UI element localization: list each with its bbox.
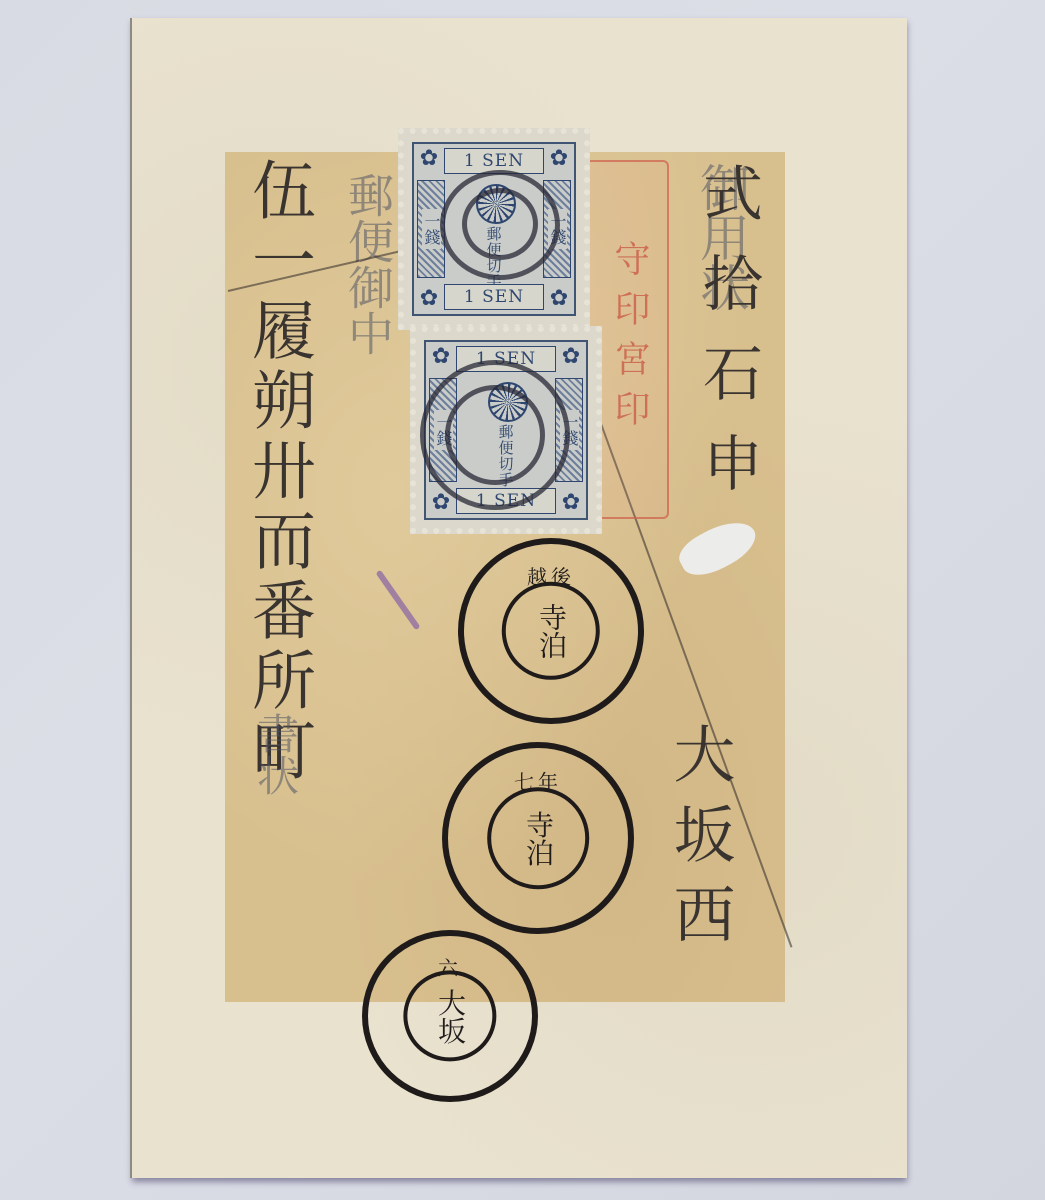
- calligraphy-far-right: 大坂西: [655, 722, 744, 1002]
- postmark: 越後 寺泊: [458, 538, 644, 724]
- postmark-center: 寺泊: [487, 787, 589, 889]
- stamp-value-bottom: 1 SEN: [444, 284, 544, 310]
- flower-icon: ✿: [416, 146, 442, 172]
- postmark: 七年 寺泊: [442, 742, 634, 934]
- concentric-cancel: [462, 188, 538, 260]
- flower-icon: ✿: [546, 286, 572, 312]
- flower-icon: ✿: [428, 344, 454, 370]
- calligraphy-right-column: 式拾石申: [685, 162, 771, 662]
- postmark-center: 寺泊: [502, 582, 600, 680]
- flower-icon: ✿: [558, 490, 584, 516]
- postmark: 六 大坂: [362, 930, 538, 1102]
- flower-icon: ✿: [546, 146, 572, 172]
- postmark-center: 大坂: [403, 970, 496, 1061]
- flower-icon: ✿: [416, 286, 442, 312]
- concentric-cancel: [445, 385, 545, 485]
- flower-icon: ✿: [558, 344, 584, 370]
- calligraphy-ghost-column: 書状: [245, 712, 305, 1002]
- calligraphy-ghost-column: 郵便御中: [335, 172, 401, 992]
